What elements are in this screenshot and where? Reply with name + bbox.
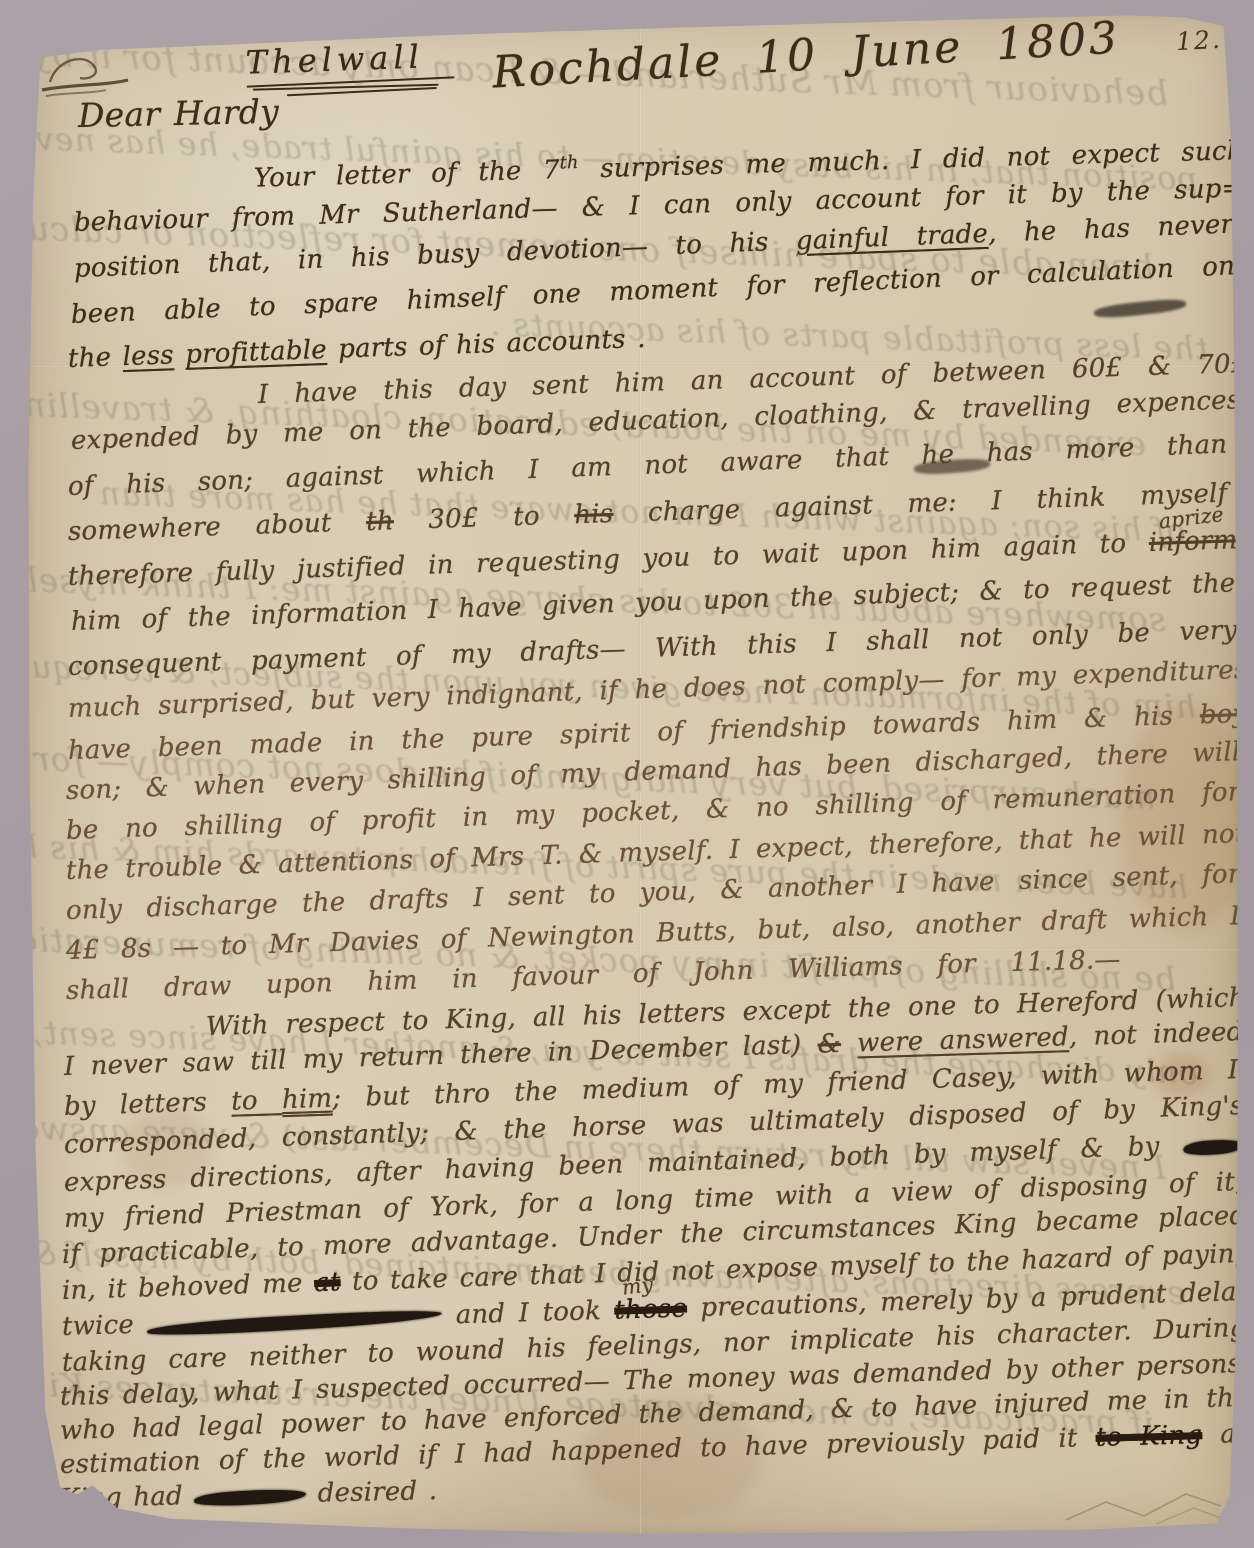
interlinear-insertion: my: [621, 1272, 655, 1300]
salutation: Dear Hardy: [78, 92, 280, 136]
scribbled-out-word: [1183, 1139, 1244, 1156]
scribbled-out-word: [194, 1488, 307, 1507]
letter-page: behaviour from Mr Sutherland— & I can on…: [26, 12, 1238, 1534]
handwritten-line: King had desired .: [60, 1476, 438, 1515]
photograph-of-manuscript-letter: behaviour from Mr Sutherland— & I can on…: [0, 0, 1254, 1548]
letter-body: Dear HardyYour letter of the 7th surpris…: [26, 12, 1238, 1534]
scribbled-out-word: [147, 1308, 442, 1338]
handwritten-line: the less profittable parts of his accoun…: [67, 324, 646, 375]
